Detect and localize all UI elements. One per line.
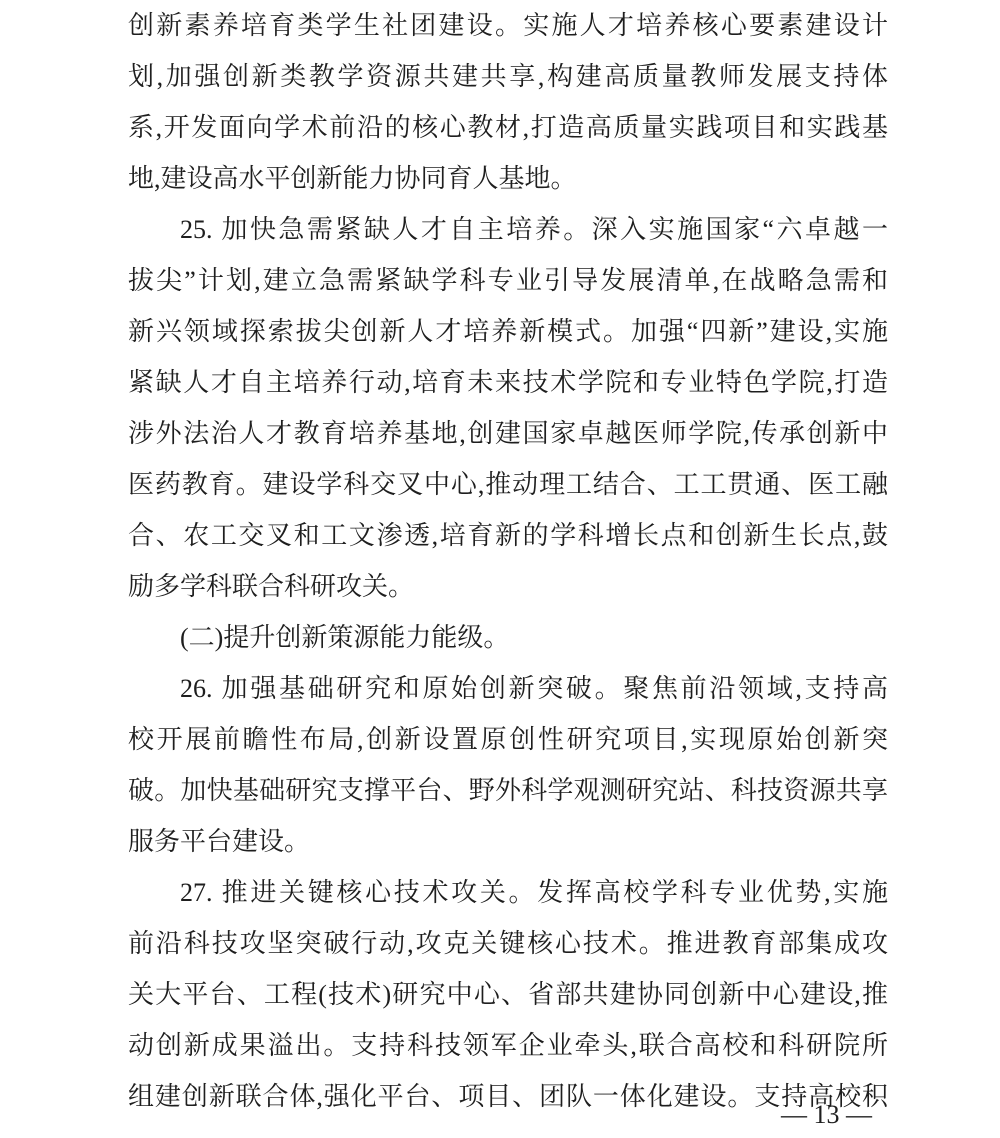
text-line: 动创新成果溢出。支持科技领军企业牵头,联合高校和科研院所 — [128, 1020, 888, 1071]
text-line: 前沿科技攻坚突破行动,攻克关键核心技术。推进教育部集成攻 — [128, 918, 888, 969]
text-line: (二)提升创新策源能力能级。 — [128, 612, 888, 663]
text-line: 新兴领域探索拔尖创新人才培养新模式。加强“四新”建设,实施 — [128, 306, 888, 357]
text-line: 划,加强创新类教学资源共建共享,构建高质量教师发展支持体 — [128, 51, 888, 102]
text-line: 励多学科联合科研攻关。 — [128, 561, 888, 612]
text-line: 组建创新联合体,强化平台、项目、团队一体化建设。支持高校积 — [128, 1071, 888, 1122]
text-line: 涉外法治人才教育培养基地,创建国家卓越医师学院,传承创新中 — [128, 408, 888, 459]
text-line: 校开展前瞻性布局,创新设置原创性研究项目,实现原始创新突 — [128, 714, 888, 765]
text-line: 25. 加快急需紧缺人才自主培养。深入实施国家“六卓越一 — [128, 204, 888, 255]
text-line: 紧缺人才自主培养行动,培育未来技术学院和专业特色学院,打造 — [128, 357, 888, 408]
text-line: 地,建设高水平创新能力协同育人基地。 — [128, 153, 888, 204]
text-line: 破。加快基础研究支撑平台、野外科学观测研究站、科技资源共享 — [128, 765, 888, 816]
text-line: 27. 推进关键核心技术攻关。发挥高校学科专业优势,实施 — [128, 867, 888, 918]
text-line: 服务平台建设。 — [128, 816, 888, 867]
text-line: 创新素养培育类学生社团建设。实施人才培养核心要素建设计 — [128, 0, 888, 51]
text-line: 26. 加强基础研究和原始创新突破。聚焦前沿领域,支持高 — [128, 663, 888, 714]
document-page: 创新素养培育类学生社团建设。实施人才培养核心要素建设计划,加强创新类教学资源共建… — [0, 0, 1000, 1138]
text-line: 拔尖”计划,建立急需紧缺学科专业引导发展清单,在战略急需和 — [128, 255, 888, 306]
text-line: 合、农工交叉和工文渗透,培育新的学科增长点和创新生长点,鼓 — [128, 510, 888, 561]
text-line: 系,开发面向学术前沿的核心教材,打造高质量实践项目和实践基 — [128, 102, 888, 153]
text-line: 关大平台、工程(技术)研究中心、省部共建协同创新中心建设,推 — [128, 969, 888, 1020]
text-line: 医药教育。建设学科交叉中心,推动理工结合、工工贯通、医工融 — [128, 459, 888, 510]
text-block: 创新素养培育类学生社团建设。实施人才培养核心要素建设计划,加强创新类教学资源共建… — [128, 0, 888, 1122]
page-number: — 13 — — [781, 1098, 872, 1132]
